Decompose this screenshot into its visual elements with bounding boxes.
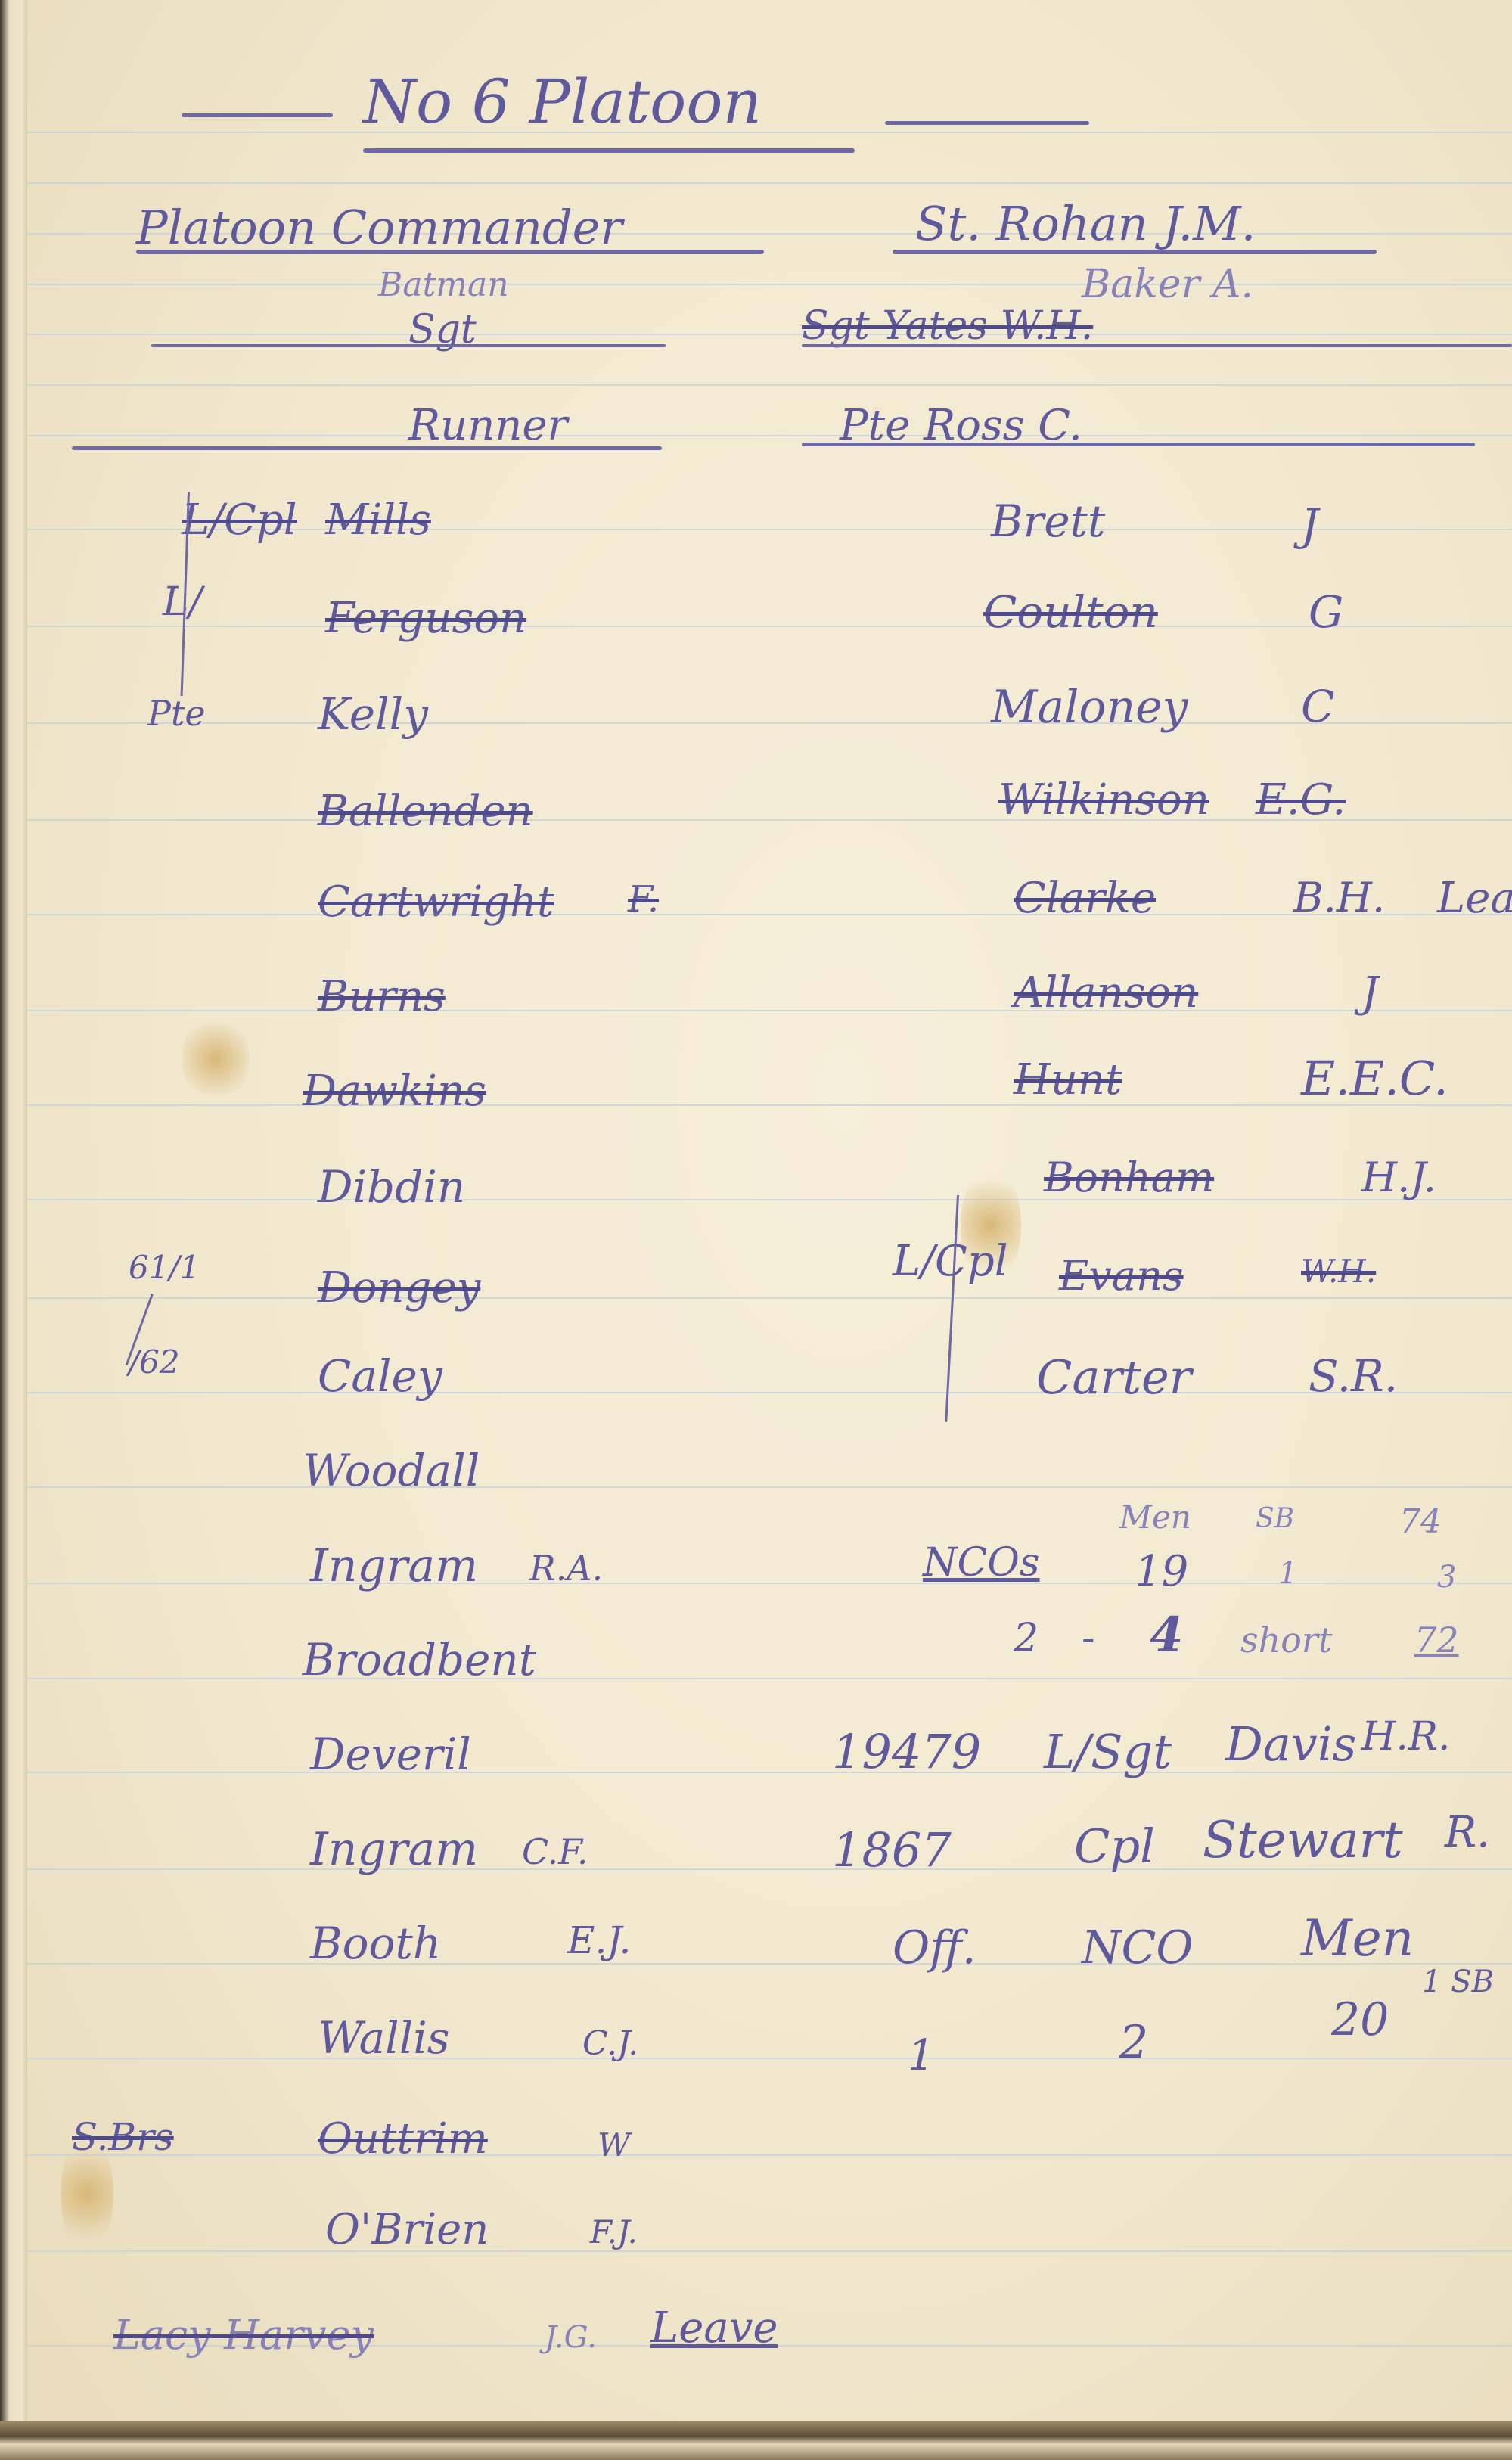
roster-initials: R.A. <box>529 1551 603 1586</box>
roster-prefix: L/Cpl <box>182 499 297 542</box>
roster-initials: H.J. <box>1361 1157 1436 1198</box>
roster-name: Allanson <box>1014 972 1198 1014</box>
soldier-name: Davis <box>1225 1721 1356 1768</box>
page-title: No 6 Platoon <box>363 72 762 132</box>
leave-note: Leave <box>650 2307 778 2350</box>
tally-header: SB <box>1256 1505 1294 1533</box>
roster-name: Evans <box>1059 1256 1184 1297</box>
roster-name: Caley <box>318 1354 442 1398</box>
roster-name: Woodall <box>303 1449 480 1492</box>
tally-value: short <box>1240 1623 1332 1657</box>
tally-header: NCO <box>1082 1925 1194 1971</box>
roster-name: Bonham <box>1044 1157 1214 1198</box>
roster-name: Kelly <box>318 692 428 736</box>
runner-underline <box>72 446 662 450</box>
roster-name: Brett <box>991 499 1105 543</box>
roster-prefix: Pte <box>147 696 206 731</box>
runner-name-underline <box>802 443 1475 446</box>
roster-initials: S.R. <box>1309 1354 1398 1398</box>
tally-header: 74 <box>1399 1505 1442 1539</box>
title-underline <box>363 148 855 153</box>
tally-value: 2 <box>1014 1619 1039 1658</box>
roster-initials: E.G. <box>1256 779 1346 822</box>
tally-value: 72 <box>1414 1623 1459 1657</box>
tally-value: 2 <box>1119 2020 1148 2065</box>
soldier-initials: H.R. <box>1361 1717 1451 1756</box>
tally-value: 19 <box>1135 1551 1188 1593</box>
roster-name: Ingram <box>310 1827 478 1872</box>
commander-label: Platoon Commander <box>136 204 622 251</box>
roster-name: Maloney <box>991 685 1188 730</box>
commander-label-underline <box>136 250 764 254</box>
leave-note: Leave <box>1437 877 1512 920</box>
roster-name: Clarke <box>1014 877 1156 920</box>
roster-name: Outtrim <box>318 2118 488 2160</box>
roster-name: Burns <box>318 976 446 1018</box>
batman-name: Baker A. <box>1082 265 1253 304</box>
tally-value: 1 <box>1278 1558 1297 1589</box>
title-dash-left <box>182 113 333 117</box>
roster-name: Wallis <box>318 2016 450 2060</box>
roster-name: Deveril <box>310 1732 471 1776</box>
runner-label: Runner <box>408 405 567 447</box>
roster-initials: C.J. <box>582 2027 638 2061</box>
roster-initials: J.G. <box>545 2322 597 2353</box>
roster-initials: E.J. <box>567 1921 631 1959</box>
roster-initials: B.H. <box>1293 877 1385 918</box>
roster-initials: J <box>1301 503 1318 547</box>
roster-name: Broadbent <box>303 1638 536 1682</box>
roster-name: Mills <box>325 499 431 542</box>
roster-name: Dibdin <box>318 1165 465 1209</box>
sgt-name-struck: Sgt Yates W.H. <box>802 306 1093 346</box>
batman-label: Batman <box>378 269 509 302</box>
tally-header: Men <box>1301 1914 1414 1964</box>
tally-value: 1 <box>908 2035 935 2077</box>
sgt-name-underline <box>802 344 1512 347</box>
tally-label: NCOs <box>923 1543 1040 1583</box>
roster-name: Booth <box>310 1921 441 1965</box>
roster-initials: F.J. <box>590 2216 638 2248</box>
roster-name: Cartwright <box>318 881 554 924</box>
roster-name: Carter <box>1036 1354 1191 1401</box>
tally-header: Off. <box>893 1925 976 1971</box>
roster-prefix: /62 <box>129 1346 180 1378</box>
roster-initials: J <box>1361 972 1378 1014</box>
roster-prefix: 61/1 <box>129 1252 200 1284</box>
runner-name: Pte Ross C. <box>840 405 1082 447</box>
tally-value: 4 <box>1150 1611 1184 1660</box>
soldier-initials: R. <box>1445 1812 1490 1854</box>
tally-value: 20 <box>1331 1997 1389 2042</box>
commander-name: St. Rohan J.M. <box>915 200 1256 247</box>
tally-note: 1 SB <box>1422 1967 1494 1997</box>
rank: L/Sgt <box>1044 1729 1172 1775</box>
rank: Cpl <box>1074 1823 1155 1870</box>
roster-initials: C <box>1301 685 1334 728</box>
roster-initials: C.F. <box>522 1834 588 1869</box>
roster-prefix: L/ <box>163 582 202 622</box>
service-number: 1867 <box>832 1827 952 1874</box>
tally-value: 3 <box>1437 1562 1456 1592</box>
roster-initials: E.E.C. <box>1301 1055 1448 1102</box>
roster-name: Hunt <box>1014 1059 1122 1101</box>
roster-prefix: L/Cpl <box>893 1241 1008 1283</box>
roster-name: Dawkins <box>303 1070 486 1113</box>
roster-initials: F. <box>628 881 659 918</box>
title-dash-right <box>885 121 1089 125</box>
service-number: 19479 <box>832 1729 981 1775</box>
tally-header: Men <box>1119 1502 1191 1533</box>
roster-name: O'Brien <box>325 2209 489 2251</box>
roster-name: Lacy Harvey <box>113 2315 374 2356</box>
commander-name-underline <box>893 250 1377 254</box>
soldier-name: Stewart <box>1203 1815 1403 1865</box>
paper-stain <box>182 1014 250 1104</box>
tally-value: - <box>1082 1619 1095 1658</box>
roster-name: Coulton <box>983 590 1158 634</box>
page-bottom-edge <box>0 2421 1512 2460</box>
roster-prefix: S.Brs <box>72 2118 174 2156</box>
roster-name: Ferguson <box>325 598 526 640</box>
roster-initials: G <box>1309 590 1343 634</box>
roster-name: Wilkinson <box>998 779 1209 822</box>
roster-initials: W <box>598 2129 630 2161</box>
roster-initials: W.H. <box>1301 1256 1376 1287</box>
roster-name: Ballenden <box>318 790 533 833</box>
notebook-binding <box>0 0 27 2460</box>
roster-name: Dongey <box>318 1267 480 1309</box>
roster-name: Ingram <box>310 1543 478 1589</box>
sgt-underline <box>151 344 666 347</box>
